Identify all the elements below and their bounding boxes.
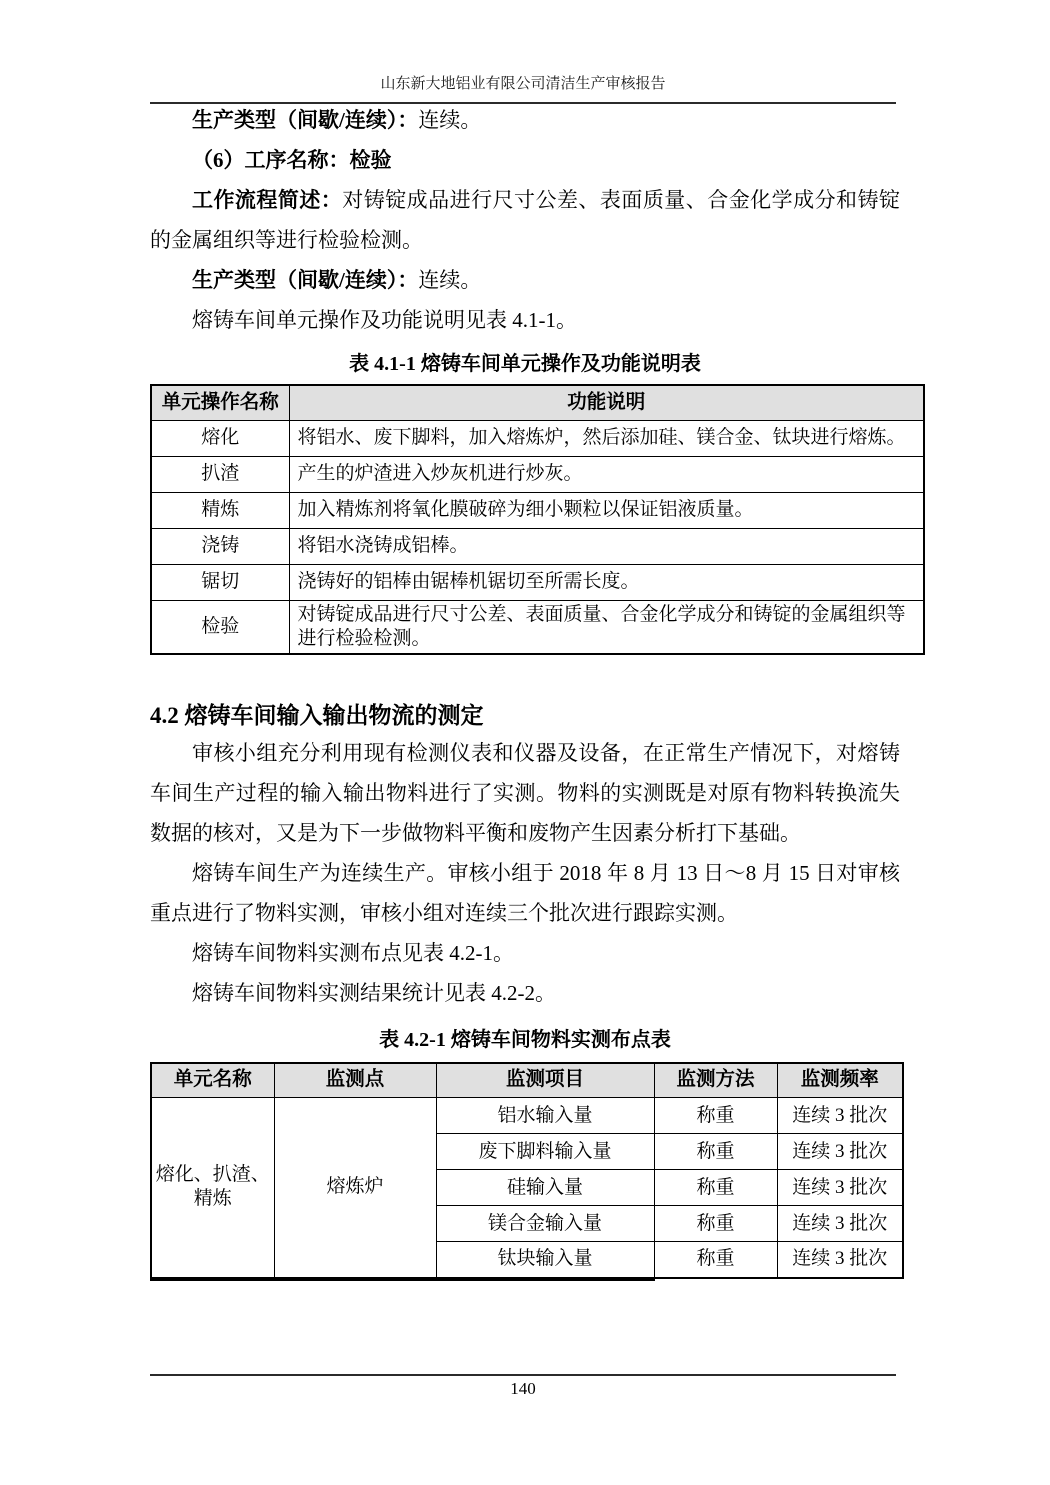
header-cell-unit-name: 单元名称 xyxy=(151,1063,274,1098)
monitor-item-cell: 钛块输入量 xyxy=(436,1242,654,1278)
header-cell-monitor-frequency: 监测频率 xyxy=(777,1063,903,1098)
paragraph-label: 生产类型（间歇/连续）： xyxy=(192,268,418,292)
paragraph-label: 工作流程简述： xyxy=(192,188,342,212)
material-measurement-table: 单元名称 监测点 监测项目 监测方法 监测频率 熔化、扒渣、精炼 熔炼炉 铝水输… xyxy=(150,1062,904,1279)
table1-caption: 表 4.1-1 熔铸车间单元操作及功能说明表 xyxy=(150,348,900,380)
table-row: 熔化、扒渣、精炼 熔炼炉 铝水输入量 称重 连续 3 批次 xyxy=(151,1098,903,1134)
paragraph-audit-dates: 熔铸车间生产为连续生产。审核小组于 2018 年 8 月 13 日～8 月 15… xyxy=(150,853,900,933)
monitor-method-cell: 称重 xyxy=(654,1098,777,1134)
measurement-table-wrap: 单元名称 监测点 监测项目 监测方法 监测频率 熔化、扒渣、精炼 熔炼炉 铝水输… xyxy=(150,1062,902,1279)
section-heading-4-2: 4.2 熔铸车间输入输出物流的测定 xyxy=(150,699,923,733)
table-bottom-thick-border xyxy=(150,1277,655,1281)
monitor-frequency-cell: 连续 3 批次 xyxy=(777,1134,903,1170)
monitor-method-cell: 称重 xyxy=(654,1134,777,1170)
monitor-item-cell: 铝水输入量 xyxy=(436,1098,654,1134)
monitor-item-cell: 硅输入量 xyxy=(436,1170,654,1206)
op-name-cell: 精炼 xyxy=(151,492,289,528)
header-cell-function-desc: 功能说明 xyxy=(289,385,924,420)
monitor-item-cell: 废下脚料输入量 xyxy=(436,1134,654,1170)
monitor-item-cell: 镁合金输入量 xyxy=(436,1206,654,1242)
op-name-cell: 熔化 xyxy=(151,420,289,456)
paragraph-workflow: 工作流程简述：对铸锭成品进行尺寸公差、表面质量、合金化学成分和铸锭的金属组织等进… xyxy=(150,180,900,260)
header-cell-monitor-item: 监测项目 xyxy=(436,1063,654,1098)
unit-name-cell: 熔化、扒渣、精炼 xyxy=(151,1098,274,1278)
op-name-cell: 浇铸 xyxy=(151,528,289,564)
monitor-frequency-cell: 连续 3 批次 xyxy=(777,1206,903,1242)
op-desc-cell: 产生的炉渣进入炒灰机进行炒灰。 xyxy=(289,456,924,492)
op-desc-cell: 对铸锭成品进行尺寸公差、表面质量、合金化学成分和铸锭的金属组织等进行检验检测。 xyxy=(289,600,924,654)
table-row: 精炼 加入精炼剂将氧化膜破碎为细小颗粒以保证铝液质量。 xyxy=(151,492,924,528)
header-title: 山东新大地铝业有限公司清洁生产审核报告 xyxy=(380,76,665,92)
table-row: 浇铸 将铝水浇铸成铝棒。 xyxy=(151,528,924,564)
monitor-frequency-cell: 连续 3 批次 xyxy=(777,1170,903,1206)
paragraph-table-ref-2: 熔铸车间物料实测布点见表 4.2-1。 xyxy=(150,933,900,973)
paragraph-audit-intro: 审核小组充分利用现有检测仪表和仪器及设备，在正常生产情况下，对熔铸车间生产过程的… xyxy=(150,733,900,853)
table-row: 检验 对铸锭成品进行尺寸公差、表面质量、合金化学成分和铸锭的金属组织等进行检验检… xyxy=(151,600,924,654)
page-footer: 140 xyxy=(150,1374,896,1399)
op-name-cell: 检验 xyxy=(151,600,289,654)
table-row: 锯切 浇铸好的铝棒由锯棒机锯切至所需长度。 xyxy=(151,564,924,600)
paragraph-production-type-1: 生产类型（间歇/连续）：连续。 xyxy=(150,100,900,140)
paragraph-production-type-2: 生产类型（间歇/连续）：连续。 xyxy=(150,260,900,300)
paragraph-text: 连续。 xyxy=(418,108,481,132)
table-row: 熔化 将铝水、废下脚料，加入熔炼炉，然后添加硅、镁合金、钛块进行熔炼。 xyxy=(151,420,924,456)
op-desc-cell: 将铝水浇铸成铝棒。 xyxy=(289,528,924,564)
monitor-frequency-cell: 连续 3 批次 xyxy=(777,1098,903,1134)
paragraph-step-name: （6）工序名称：检验 xyxy=(150,140,900,180)
page-number: 140 xyxy=(510,1379,536,1398)
monitor-method-cell: 称重 xyxy=(654,1170,777,1206)
paragraph-table-ref-1: 熔铸车间单元操作及功能说明见表 4.1-1。 xyxy=(150,300,900,340)
document-body: 生产类型（间歇/连续）：连续。 （6）工序名称：检验 工作流程简述：对铸锭成品进… xyxy=(150,100,923,1279)
paragraph-text: 连续。 xyxy=(418,268,481,292)
header-cell-unit-operation: 单元操作名称 xyxy=(151,385,289,420)
monitor-point-cell: 熔炼炉 xyxy=(274,1098,436,1278)
table-header-row: 单元操作名称 功能说明 xyxy=(151,385,924,420)
unit-operation-table: 单元操作名称 功能说明 熔化 将铝水、废下脚料，加入熔炼炉，然后添加硅、镁合金、… xyxy=(150,384,925,655)
document-page: 山东新大地铝业有限公司清洁生产审核报告 生产类型（间歇/连续）：连续。 （6）工… xyxy=(0,0,1050,1485)
paragraph-label: 生产类型（间歇/连续）： xyxy=(192,108,418,132)
monitor-method-cell: 称重 xyxy=(654,1206,777,1242)
header-cell-monitor-point: 监测点 xyxy=(274,1063,436,1098)
table-header-row: 单元名称 监测点 监测项目 监测方法 监测频率 xyxy=(151,1063,903,1098)
table2-caption: 表 4.2-1 熔铸车间物料实测布点表 xyxy=(150,1025,900,1055)
monitor-method-cell: 称重 xyxy=(654,1242,777,1278)
op-name-cell: 锯切 xyxy=(151,564,289,600)
header-cell-monitor-method: 监测方法 xyxy=(654,1063,777,1098)
op-desc-cell: 将铝水、废下脚料，加入熔炼炉，然后添加硅、镁合金、钛块进行熔炼。 xyxy=(289,420,924,456)
paragraph-table-ref-3: 熔铸车间物料实测结果统计见表 4.2-2。 xyxy=(150,973,900,1013)
table-row: 扒渣 产生的炉渣进入炒灰机进行炒灰。 xyxy=(151,456,924,492)
op-desc-cell: 浇铸好的铝棒由锯棒机锯切至所需长度。 xyxy=(289,564,924,600)
op-desc-cell: 加入精炼剂将氧化膜破碎为细小颗粒以保证铝液质量。 xyxy=(289,492,924,528)
monitor-frequency-cell: 连续 3 批次 xyxy=(777,1242,903,1278)
op-name-cell: 扒渣 xyxy=(151,456,289,492)
